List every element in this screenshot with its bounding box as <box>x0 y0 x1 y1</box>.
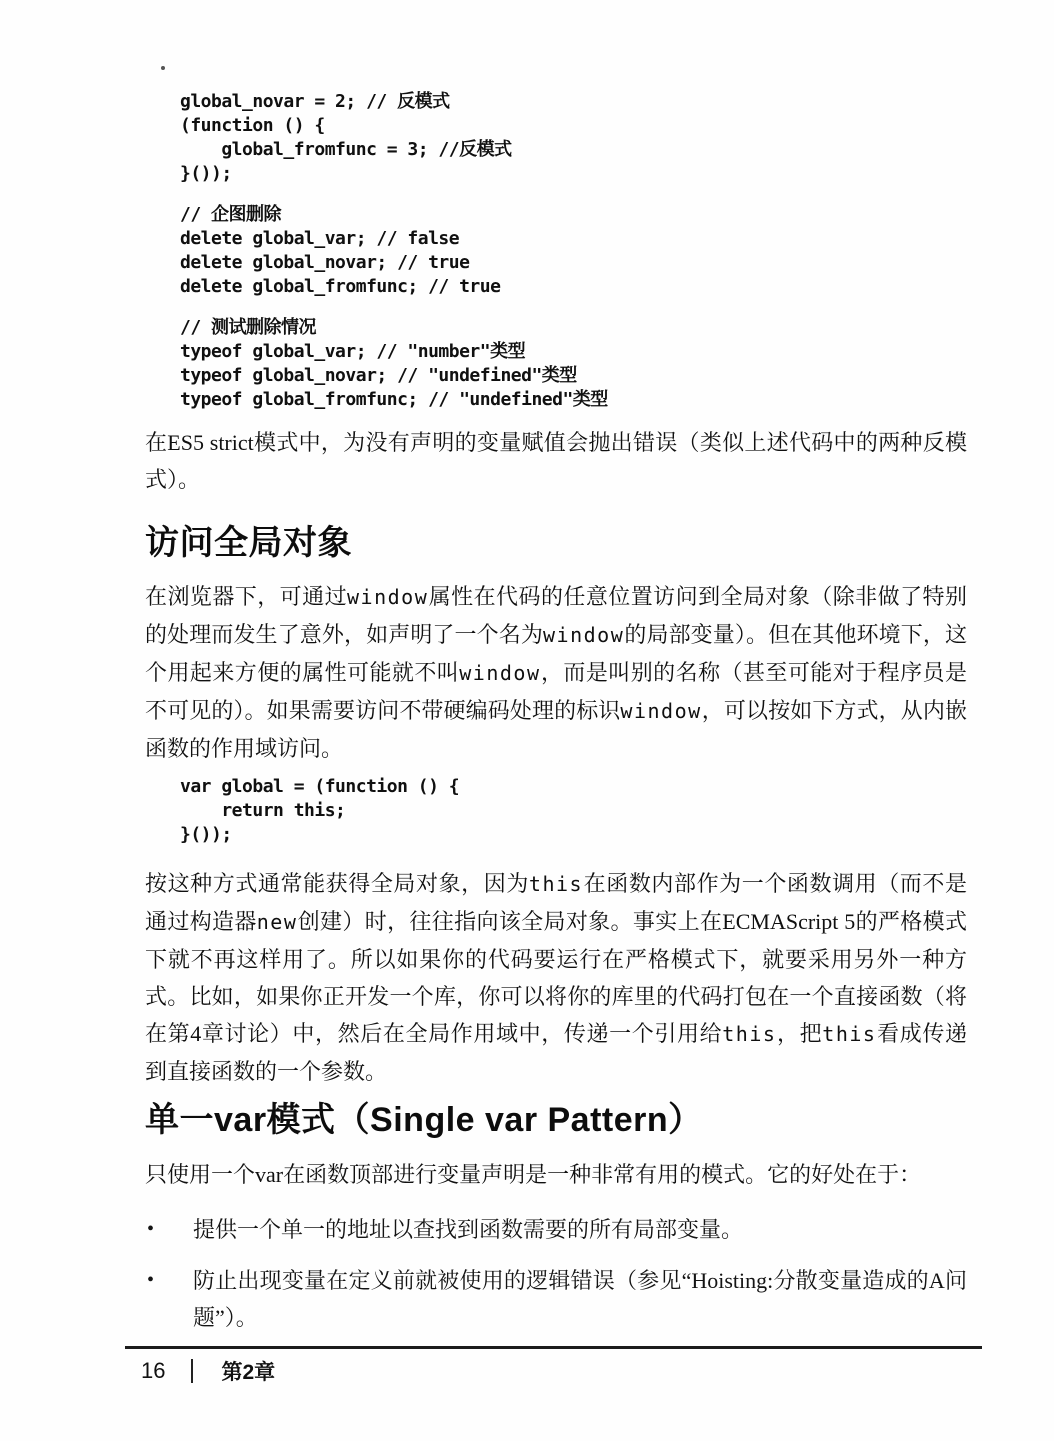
paragraph-es5-strict: 在ES5 strict模式中，为没有声明的变量赋值会抛出错误（类似上述代码中的两… <box>145 424 967 498</box>
footer-separator <box>191 1359 193 1383</box>
chapter-label: 第2章 <box>221 1356 275 1386</box>
bullet-icon: • <box>145 1262 193 1336</box>
book-page: global_novar = 2; // 反模式(function () { g… <box>0 0 1054 1441</box>
paragraph-window-property: 在浏览器下，可通过window属性在代码的任意位置访问到全局对象（除非做了特别的… <box>145 578 967 767</box>
section-heading-single-var-pattern: 单一var模式（Single var Pattern） <box>145 1098 967 1142</box>
benefits-bullet-list: • 提供一个单一的地址以查找到函数需要的所有局部变量。 • 防止出现变量在定义前… <box>145 1211 967 1336</box>
footer-divider <box>125 1346 982 1349</box>
code-block-global-vars-delete: global_novar = 2; // 反模式(function () { g… <box>180 90 967 412</box>
page-number: 16 <box>141 1358 165 1384</box>
list-item: • 防止出现变量在定义前就被使用的逻辑错误（参见“Hoisting:分散变量造成… <box>145 1262 967 1336</box>
page-footer: 16 第2章 <box>141 1356 275 1386</box>
list-item: • 提供一个单一的地址以查找到函数需要的所有局部变量。 <box>145 1211 967 1248</box>
paragraph-this-global-object: 按这种方式通常能获得全局对象，因为this在函数内部作为一个函数调用（而不是通过… <box>145 865 967 1090</box>
bullet-text-hoisting: 防止出现变量在定义前就被使用的逻辑错误（参见“Hoisting:分散变量造成的A… <box>193 1262 967 1336</box>
bullet-text-single-address: 提供一个单一的地址以查找到函数需要的所有局部变量。 <box>193 1211 967 1248</box>
code-block-var-global-this: var global = (function () { return this;… <box>180 775 967 847</box>
paragraph-single-var-intro: 只使用一个var在函数顶部进行变量声明是一种非常有用的模式。它的好处在于： <box>145 1156 967 1193</box>
section-heading-access-global-object: 访问全局对象 <box>145 522 967 564</box>
page-content: global_novar = 2; // 反模式(function () { g… <box>145 0 967 1350</box>
bullet-icon: • <box>145 1211 193 1248</box>
